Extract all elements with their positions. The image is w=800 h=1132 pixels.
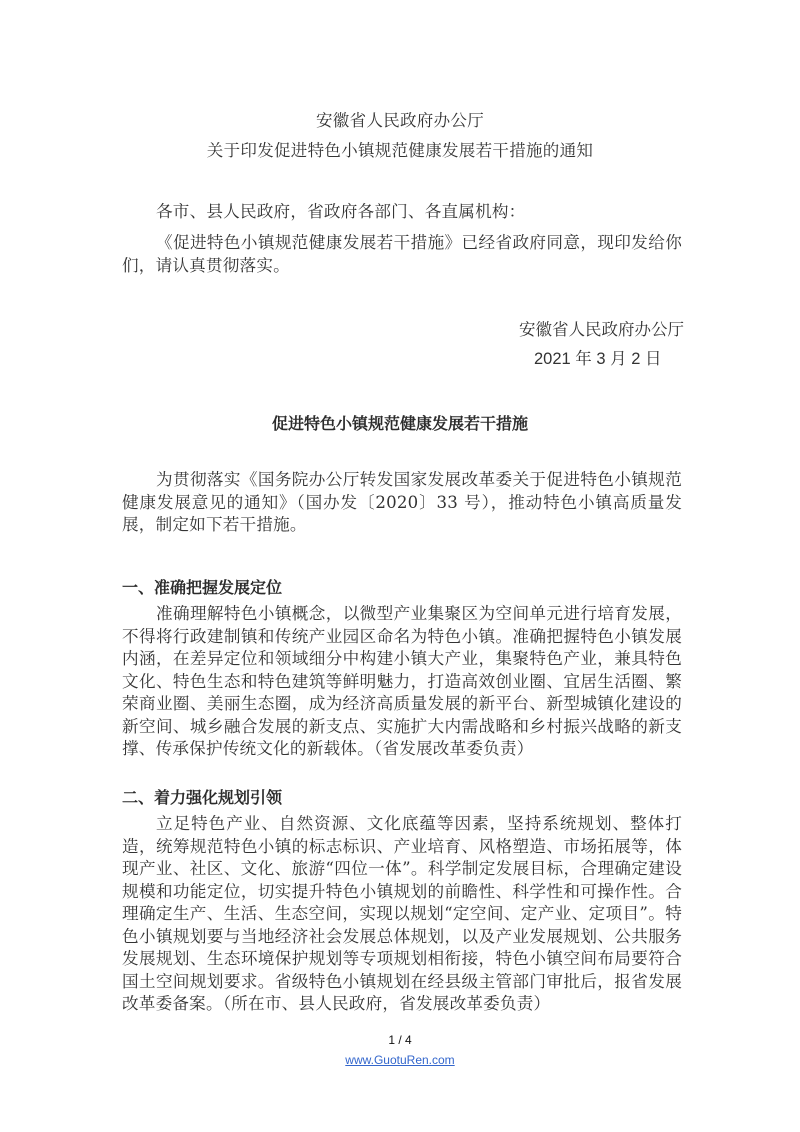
notice-body: 《促进特色小镇规范健康发展若干措施》已经省政府同意，现印发给你们，请认真贯彻落实… [122,232,682,277]
measures-intro: 为贯彻落实《国务院办公厅转发国家发展改革委关于促进特色小镇规范健康发展意见的通知… [122,469,682,537]
measures-title: 促进特色小镇规范健康发展若干措施 [0,411,800,434]
signature-date: 2021 年 3 月 2 日 [534,345,661,369]
page-indicator: 1 / 4 [0,1033,800,1047]
issuer-header: 安徽省人民政府办公厅 [0,107,800,131]
section-body-2: 立足特色产业、自然资源、文化底蕴等因素，坚持系统规划、整体打造，统筹规范特色小镇… [122,813,682,1016]
section-body-1: 准确理解特色小镇概念，以微型产业集聚区为空间单元进行培育发展，不得将行政建制镇和… [122,603,682,761]
salutation: 各市、县人民政府，省政府各部门、各直属机构： [122,201,682,224]
website-link[interactable]: www.GuotuRen.com [345,1053,454,1067]
signature: 安徽省人民政府办公厅 [519,316,684,340]
section-heading-2: 二、着力强化规划引领 [122,785,282,808]
notice-title: 关于印发促进特色小镇规范健康发展若干措施的通知 [0,137,800,161]
footer-link-wrap: www.GuotuRen.com [0,1049,800,1068]
section-heading-1: 一、准确把握发展定位 [122,575,282,598]
document-page: 安徽省人民政府办公厅 关于印发促进特色小镇规范健康发展若干措施的通知 各市、县人… [0,0,800,1132]
